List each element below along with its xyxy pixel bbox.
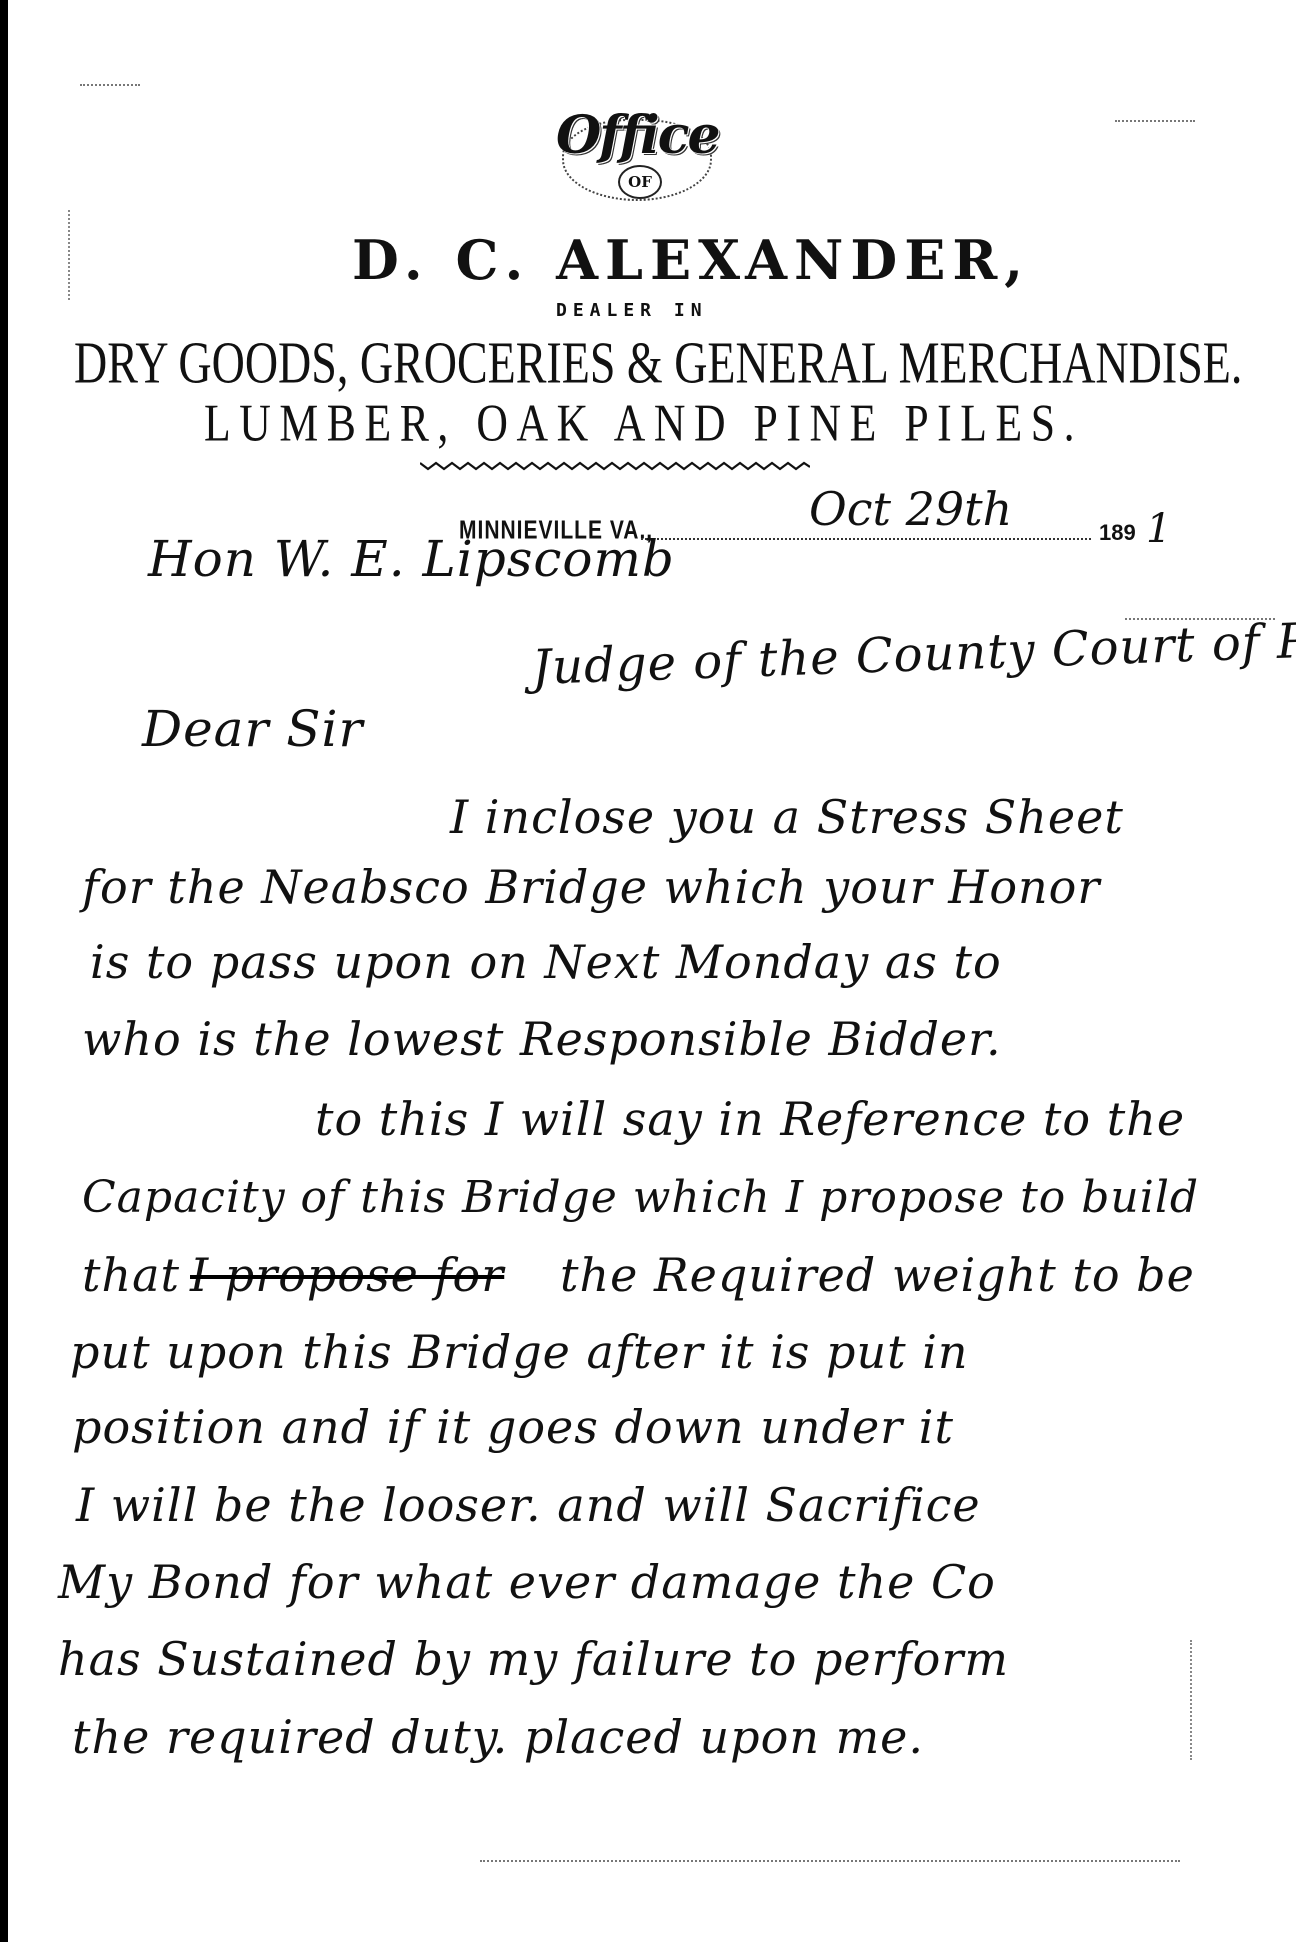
emblem-word: Office: [556, 105, 716, 166]
handwritten-date: Oct 29th: [809, 482, 1012, 536]
body-line: for the Neabsco Bridge which your Honor: [82, 860, 1100, 914]
scan-artifact: [1190, 1640, 1192, 1760]
merchant-name: D. C. ALEXANDER,: [352, 228, 1030, 292]
body-line: has Sustained by my failure to perform: [58, 1632, 1009, 1686]
scan-artifact: [68, 210, 70, 300]
emblem-of: OF: [618, 165, 662, 199]
recipient-name: Hon W. E. Lipscomb: [148, 530, 675, 588]
body-line: the Required weight to be: [560, 1248, 1195, 1302]
recipient-title: Judge of the County Court of P.W.C.: [531, 609, 1296, 696]
body-line: position and if it goes down under it: [72, 1400, 954, 1454]
goods-line: DRY GOODS, GROCERIES & GENERAL MERCHANDI…: [74, 328, 1242, 396]
scan-artifact: [1115, 120, 1195, 122]
dealer-in-label: DEALER IN: [556, 300, 708, 321]
body-line: I inclose you a Stress Sheet: [450, 790, 1124, 844]
scan-artifact: [80, 84, 140, 86]
scan-border: [0, 0, 8, 1942]
body-line: My Bond for what ever damage the Co: [58, 1555, 996, 1609]
salutation: Dear Sir: [142, 700, 363, 758]
body-line: the required duty. placed upon me.: [72, 1710, 924, 1764]
struck-out-text: I propose for: [190, 1248, 504, 1302]
printed-year: 189: [1099, 520, 1136, 546]
body-line: to this I will say in Reference to the: [315, 1092, 1185, 1146]
body-line: put upon this Bridge after it is put in: [70, 1325, 969, 1379]
handwritten-year-digit: 1: [1146, 506, 1171, 552]
body-line: that: [82, 1248, 180, 1302]
date-dotted-rule: [641, 538, 1091, 540]
wavy-rule-icon: [420, 455, 810, 477]
office-emblem: Office OF: [556, 105, 716, 205]
lumber-line: LUMBER, OAK AND PINE PILES.: [204, 392, 1083, 453]
body-line: I will be the looser. and will Sacrifice: [76, 1478, 981, 1532]
body-line: who is the lowest Responsible Bidder.: [82, 1012, 1002, 1066]
letter-page: Office OF D. C. ALEXANDER, DEALER IN DRY…: [0, 0, 1296, 1942]
body-line: Capacity of this Bridge which I propose …: [82, 1172, 1199, 1223]
body-line: is to pass upon on Next Monday as to: [90, 935, 1002, 989]
scan-artifact: [480, 1860, 1180, 1862]
